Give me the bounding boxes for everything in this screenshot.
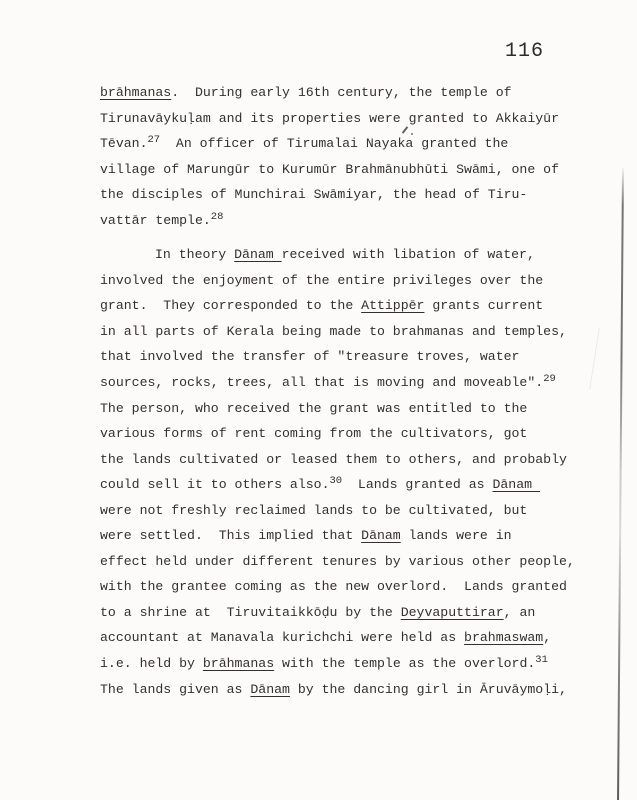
text-block: brāhmanas. During early 16th century, th… [100, 80, 600, 702]
text-segment: In theory [155, 247, 234, 262]
text-line: In theory Dānam received with libation o… [100, 242, 600, 268]
text-line: vattār temple.28 [100, 208, 600, 234]
document-page: 116 brāhmanas. During early 16th century… [0, 0, 637, 800]
text-segment: sources, rocks, trees, all that is movin… [100, 375, 543, 390]
underlined-term: brahmaswam [464, 630, 543, 645]
underlined-term: Deyvaputtirar [401, 605, 504, 620]
text-segment: could sell it to others also. [100, 477, 330, 492]
text-segment: grants current [424, 298, 543, 313]
text-segment: An officer of Tirumalai Nayaka granted t… [160, 136, 508, 151]
text-segment: The lands given as [100, 682, 250, 697]
text-segment: to a shrine at Tiruvitaikkōḍu by the [100, 605, 401, 620]
text-line: to a shrine at Tiruvitaikkōḍu by the Dey… [100, 600, 600, 626]
text-line: the disciples of Munchirai Swāmiyar, the… [100, 182, 600, 208]
text-segment: were settled. This implied that [100, 528, 361, 543]
footnote-ref: 27 [147, 134, 160, 146]
underlined-term: brāhmanas [203, 656, 274, 671]
text-line: accountant at Manavala kurichchi were he… [100, 625, 600, 651]
text-line: grant. They corresponded to the Attippēr… [100, 293, 600, 319]
text-line: that involved the transfer of "treasure … [100, 344, 600, 370]
footnote-ref: 29 [543, 373, 556, 385]
text-segment: the disciples of Munchirai Swāmiyar, the… [100, 187, 527, 202]
text-segment: i.e. held by [100, 656, 203, 671]
text-line: The person, who received the grant was e… [100, 396, 600, 422]
text-line: various forms of rent coming from the cu… [100, 421, 600, 447]
text-segment: The person, who received the grant was e… [100, 401, 527, 416]
scan-artifact-vertical-line [617, 168, 624, 800]
text-segment: , an [504, 605, 536, 620]
text-segment: , [543, 630, 551, 645]
text-line: involved the enjoyment of the entire pri… [100, 268, 600, 294]
text-segment: Lands granted as [342, 477, 492, 492]
text-segment: involved the enjoyment of the entire pri… [100, 273, 543, 288]
text-segment: grant. They corresponded to the [100, 298, 361, 313]
text-line: effect held under different tenures by v… [100, 549, 600, 575]
text-line: The lands given as Dānam by the dancing … [100, 677, 600, 703]
underlined-term: Dānam [250, 682, 290, 697]
text-segment: received with libation of water, [282, 247, 535, 262]
text-segment: vattār temple. [100, 213, 211, 228]
text-line: Tirunavāykuḷam and its properties were g… [100, 106, 600, 132]
underlined-term: Dānam [361, 528, 401, 543]
text-segment: lands were in [401, 528, 512, 543]
text-segment: accountant at Manavala kurichchi were he… [100, 630, 464, 645]
underlined-term: brāhmanas [100, 85, 171, 100]
text-segment: effect held under different tenures by v… [100, 554, 575, 569]
text-line: in all parts of Kerala being made to bra… [100, 319, 600, 345]
footnote-ref: 30 [330, 475, 343, 487]
footnote-ref: 28 [211, 211, 224, 223]
footnote-ref: 31 [535, 654, 548, 666]
text-segment: the lands cultivated or leased them to o… [100, 452, 567, 467]
text-segment: that involved the transfer of "treasure … [100, 349, 519, 364]
text-segment: in all parts of Kerala being made to bra… [100, 324, 567, 339]
text-line: Tēvan.27 An officer of Tirumalai Nayaka … [100, 131, 600, 157]
text-segment: were not freshly reclaimed lands to be c… [100, 503, 527, 518]
text-line: village of Marungūr to Kurumūr Brahmānub… [100, 157, 600, 183]
scan-artifact-dot [411, 133, 413, 135]
text-segment: village of Marungūr to Kurumūr Brahmānub… [100, 162, 559, 177]
text-segment: . During early 16th century, the temple … [171, 85, 511, 100]
text-segment: with the grantee coming as the new overl… [100, 579, 567, 594]
text-line: could sell it to others also.30 Lands gr… [100, 472, 600, 498]
text-line: with the grantee coming as the new overl… [100, 574, 600, 600]
text-segment: Tēvan. [100, 136, 147, 151]
underlined-term: Dānam [234, 247, 281, 262]
text-line: the lands cultivated or leased them to o… [100, 447, 600, 473]
text-line: sources, rocks, trees, all that is movin… [100, 370, 600, 396]
text-segment: with the temple as the overlord. [274, 656, 535, 671]
text-segment: Tirunavāykuḷam and its properties were g… [100, 111, 559, 126]
underlined-term: Attippēr [361, 298, 424, 313]
text-line: i.e. held by brāhmanas with the temple a… [100, 651, 600, 677]
text-segment: various forms of rent coming from the cu… [100, 426, 527, 441]
text-line: were settled. This implied that Dānam la… [100, 523, 600, 549]
underlined-term: Dānam [492, 477, 539, 492]
text-segment: by the dancing girl in Āruvāymoḷi, [290, 682, 567, 697]
text-line: were not freshly reclaimed lands to be c… [100, 498, 600, 524]
page-number: 116 [505, 40, 544, 63]
text-line: brāhmanas. During early 16th century, th… [100, 80, 600, 106]
